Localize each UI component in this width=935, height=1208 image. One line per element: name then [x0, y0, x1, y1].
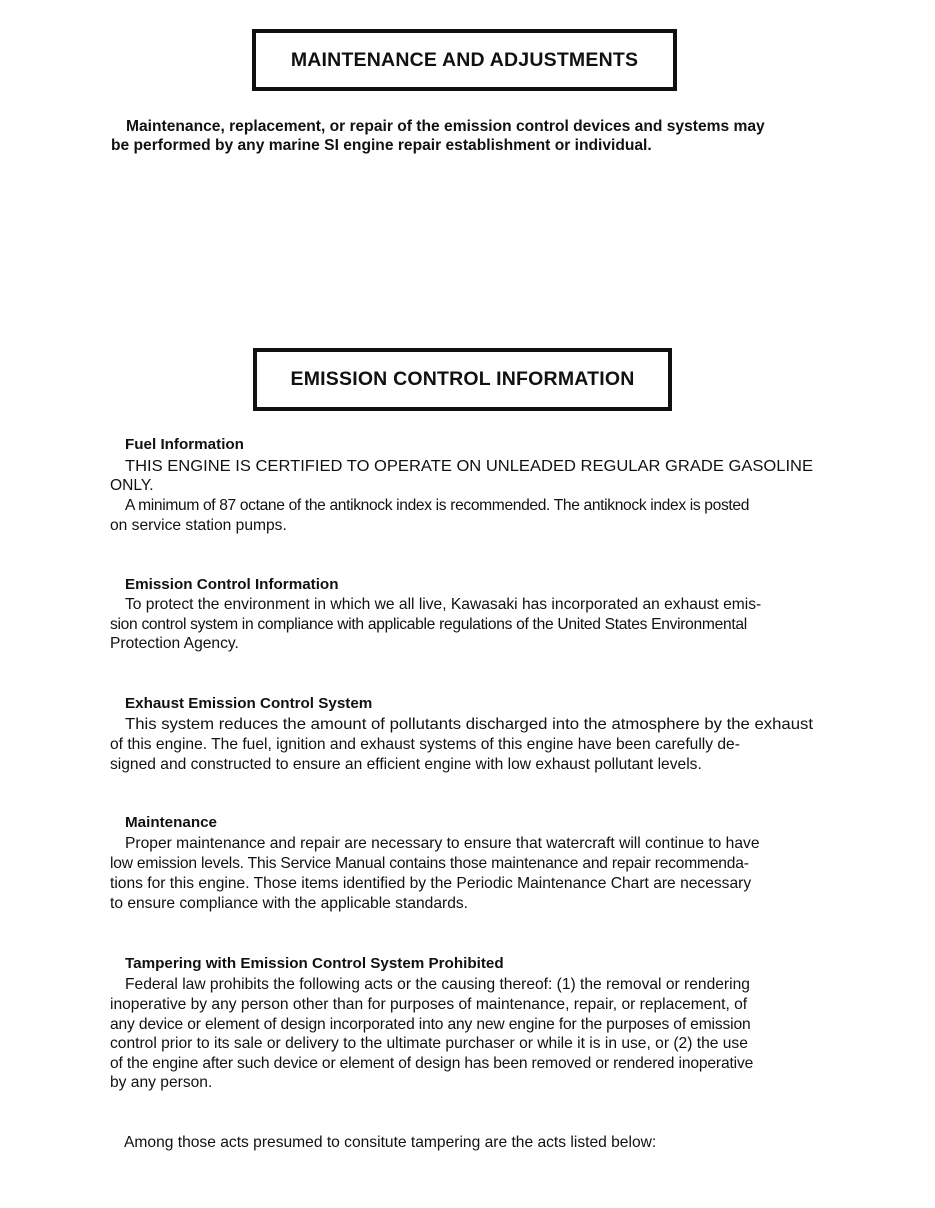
- maintenance-line: tions for this engine. Those items ident…: [110, 874, 751, 894]
- fuel-information-line: THIS ENGINE IS CERTIFIED TO OPERATE ON U…: [125, 457, 813, 477]
- maintenance-adjustments-title-box: MAINTENANCE AND ADJUSTMENTS: [252, 29, 677, 91]
- tampering-line: Federal law prohibits the following acts…: [125, 975, 750, 995]
- intro-line-2: be performed by any marine SI engine rep…: [111, 136, 652, 156]
- maintenance-heading: Maintenance: [125, 813, 217, 833]
- tampering-heading: Tampering with Emission Control System P…: [125, 954, 504, 974]
- closing-text: Among those acts presumed to consitute t…: [124, 1133, 656, 1153]
- tampering-line: control prior to its sale or delivery to…: [110, 1034, 748, 1054]
- fuel-information-heading: Fuel Information: [125, 435, 244, 455]
- maintenance-line: low emission levels. This Service Manual…: [110, 854, 749, 874]
- fuel-information-line: A minimum of 87 octane of the antiknock …: [125, 496, 749, 516]
- tampering-line: any device or element of design incorpor…: [110, 1015, 751, 1035]
- emission-control-info-line: To protect the environment in which we a…: [125, 595, 761, 615]
- emission-control-info-line: Protection Agency.: [110, 634, 239, 654]
- maintenance-line: to ensure compliance with the applicable…: [110, 894, 468, 914]
- exhaust-emission-line: of this engine. The fuel, ignition and e…: [110, 735, 740, 755]
- tampering-line: of the engine after such device or eleme…: [110, 1054, 753, 1074]
- maintenance-line: Proper maintenance and repair are necess…: [125, 834, 760, 854]
- fuel-information-line: on service station pumps.: [110, 516, 287, 536]
- tampering-line: inoperative by any person other than for…: [110, 995, 747, 1015]
- intro-line-1: Maintenance, replacement, or repair of t…: [126, 117, 765, 137]
- emission-control-title: EMISSION CONTROL INFORMATION: [291, 368, 635, 391]
- exhaust-emission-line: This system reduces the amount of pollut…: [125, 715, 813, 735]
- emission-control-info-line: sion control system in compliance with a…: [110, 615, 747, 635]
- emission-control-title-box: EMISSION CONTROL INFORMATION: [253, 348, 672, 411]
- maintenance-adjustments-title: MAINTENANCE AND ADJUSTMENTS: [291, 49, 638, 72]
- fuel-information-line: ONLY.: [110, 476, 154, 496]
- tampering-line: by any person.: [110, 1073, 212, 1093]
- exhaust-emission-line: signed and constructed to ensure an effi…: [110, 755, 702, 775]
- exhaust-emission-heading: Exhaust Emission Control System: [125, 694, 372, 714]
- emission-control-info-heading: Emission Control Information: [125, 575, 338, 595]
